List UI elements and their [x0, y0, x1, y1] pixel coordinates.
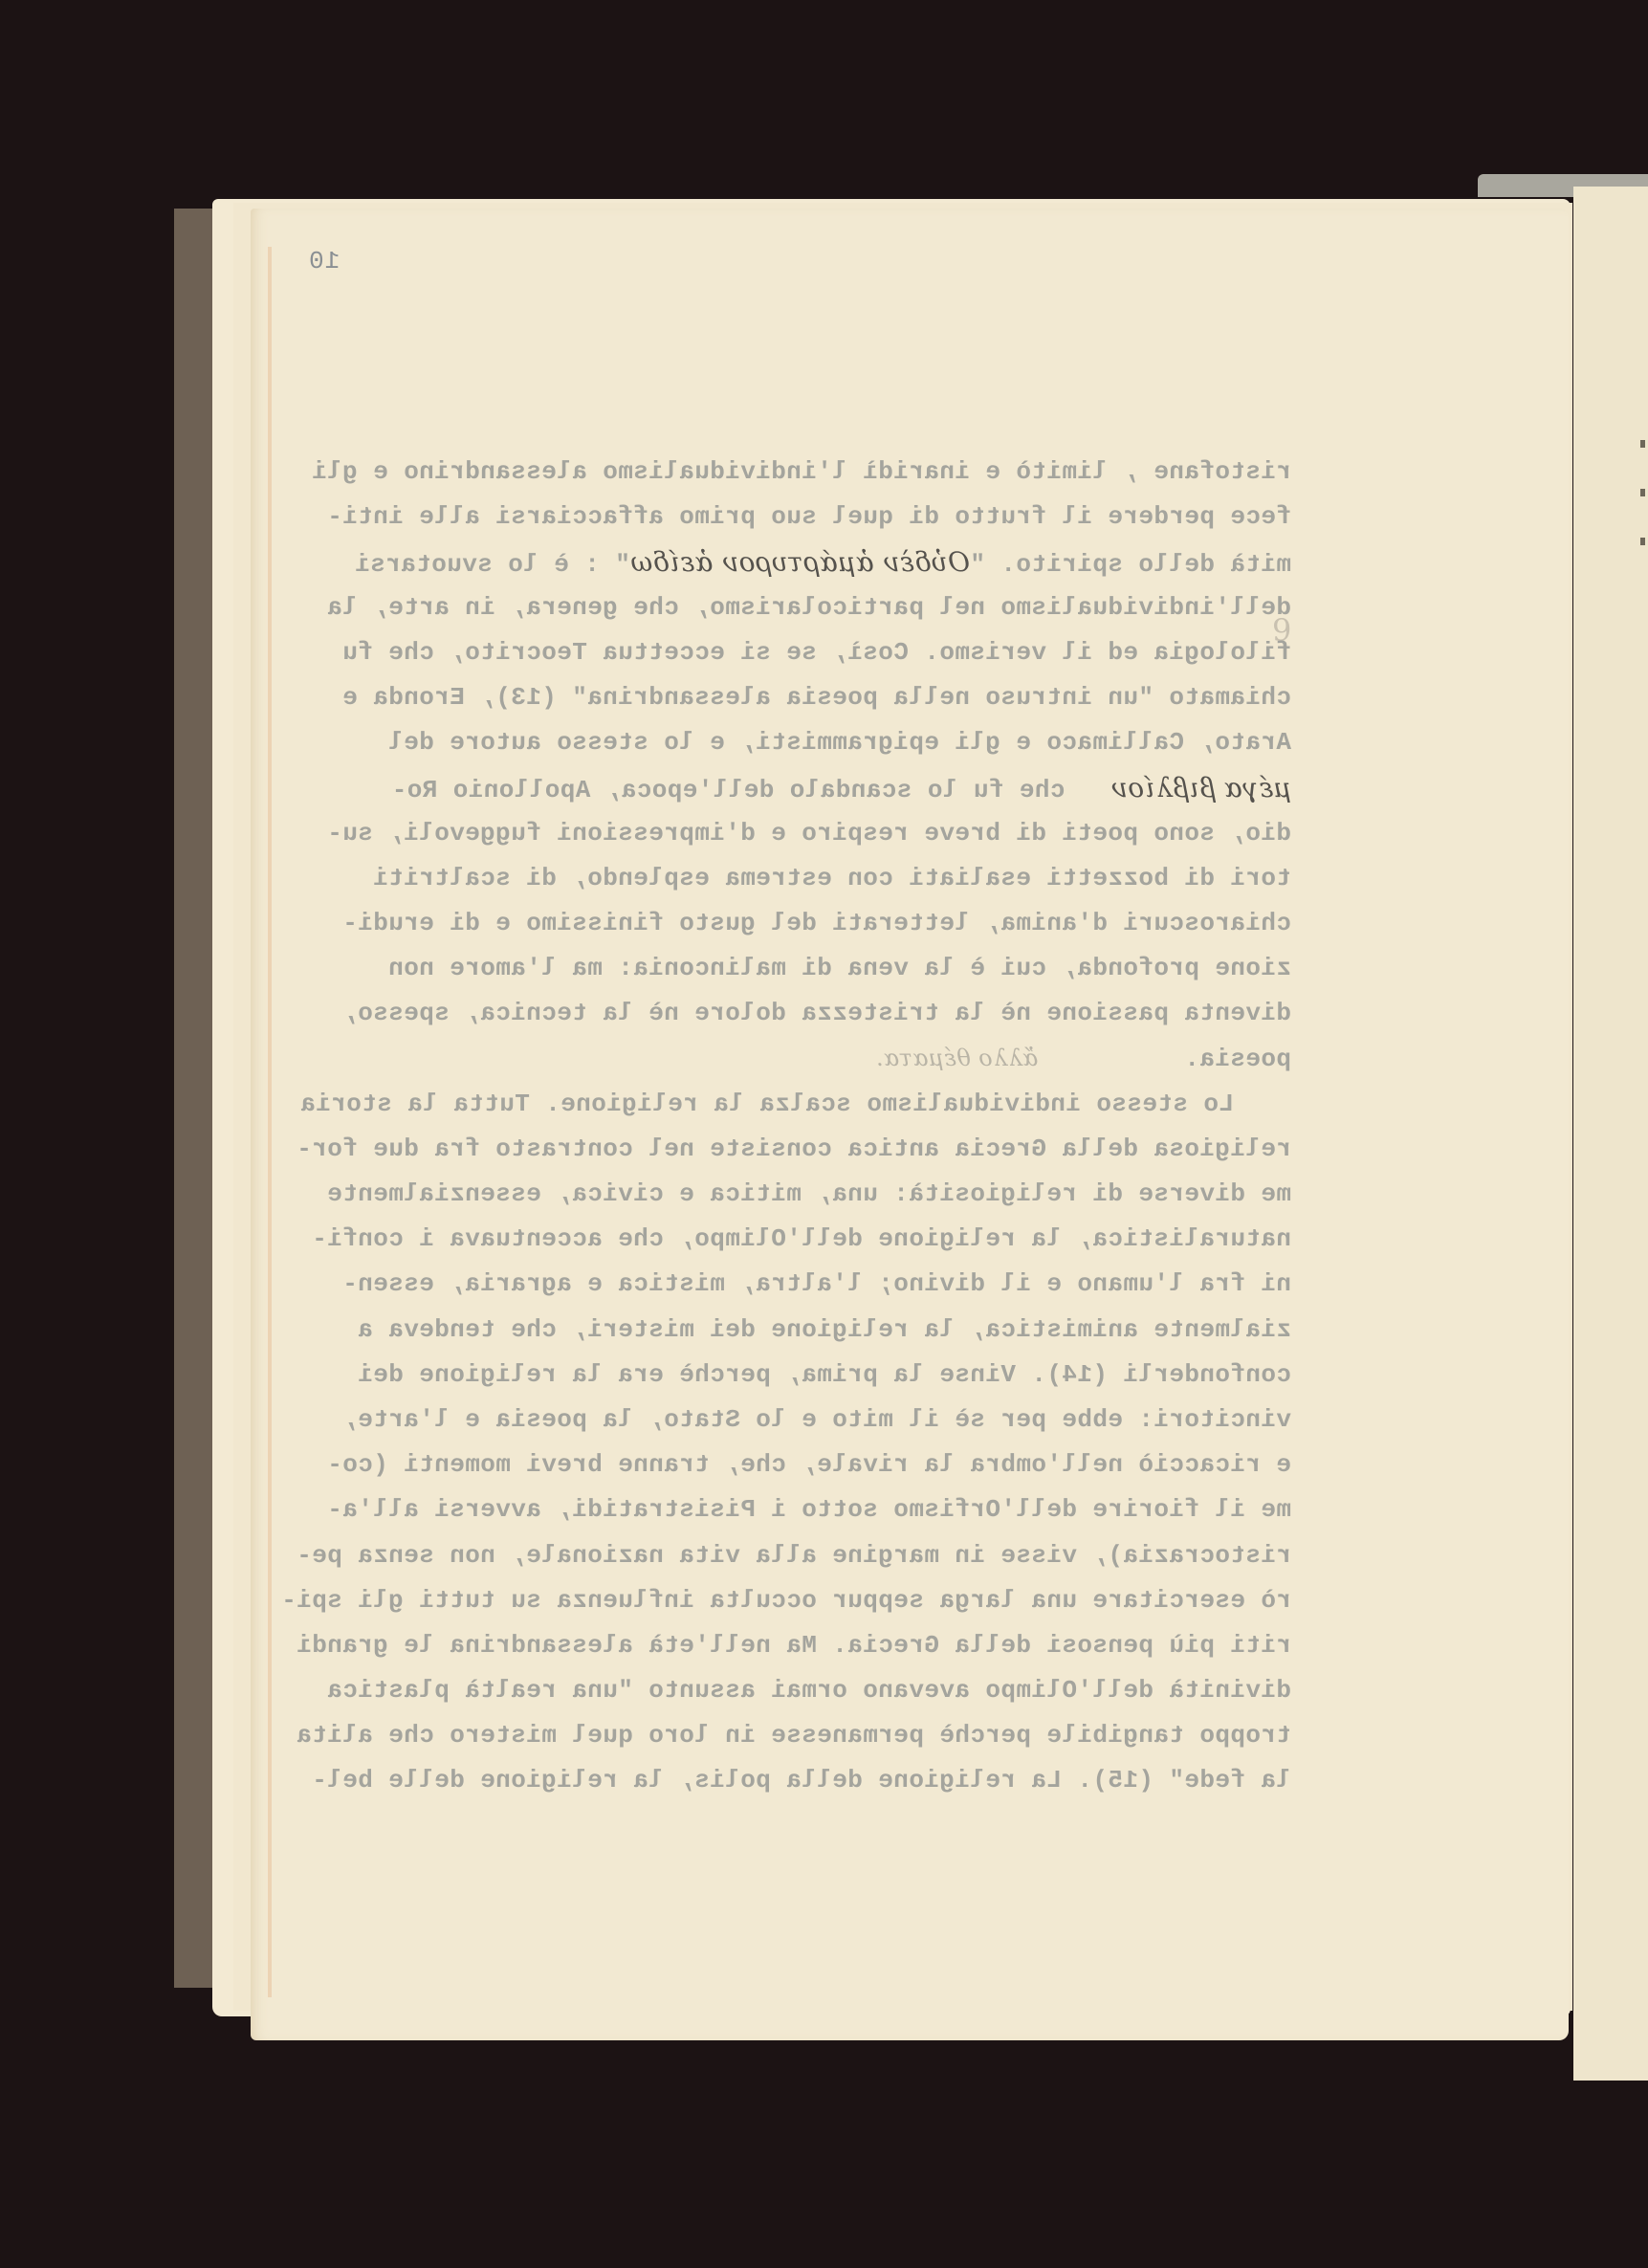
typed-text: Lo stesso individualismo scalza la relig…	[300, 1090, 1234, 1118]
typed-text: chiaroscuri d'anima, letterati del gusto…	[342, 909, 1291, 937]
typed-text: rò esercitare una larga seppur occulta i…	[281, 1586, 1291, 1615]
typed-text: diventa passione nè la tristezza dolore …	[342, 999, 1291, 1027]
text-line: poesia. ἄλλο θέματα.	[349, 1036, 1291, 1081]
typed-text: me diverse di religiosità: una, mitica e…	[327, 1179, 1291, 1208]
text-line: μέγα βιβλίον che fu lo scandalo dell'epo…	[349, 765, 1291, 810]
typed-text: naturalistica, la religione dell'Olimpo,…	[312, 1224, 1291, 1253]
text-line: ni fra l'umano e il divino; l'altra, mis…	[349, 1262, 1291, 1307]
text-line: rò esercitare una larga seppur occulta i…	[349, 1578, 1291, 1623]
typed-text: fece perdere il frutto di quel suo primo…	[327, 502, 1291, 531]
text-line: ristocrazia), visse in margine alla vita…	[349, 1533, 1291, 1578]
text-line: divinità dell'Olimpo avevano ormai assun…	[349, 1668, 1291, 1713]
handwritten-greek-text: Οὐδὲν ἀμάρτυρον ἀείδω	[630, 546, 970, 578]
typed-text: confonderli (14). Vinse la prima, perchè…	[358, 1360, 1291, 1389]
typed-text: dell'individualismo nel particolarismo, …	[327, 593, 1291, 622]
handwritten-faint-text: ἄλλο θέματα.	[876, 1045, 1184, 1071]
text-line: e ricacciò nell'ombra la rivale, che, tr…	[349, 1442, 1291, 1487]
typed-text: ristocrazia), visse in margine alla vita…	[297, 1541, 1291, 1570]
typed-text: ni fra l'umano e il divino; l'altra, mis…	[342, 1269, 1291, 1298]
text-line: chiamato "un intruso nella poesia alessa…	[349, 675, 1291, 720]
text-line: me diverse di religiosità: una, mitica e…	[349, 1172, 1291, 1217]
typed-text: zialmente animistica, la religione dei m…	[358, 1315, 1291, 1344]
text-line: zialmente animistica, la religione dei m…	[349, 1308, 1291, 1353]
typed-text: vincitori: ebbe per sè il mito e lo Stat…	[342, 1405, 1291, 1434]
text-line: fece perdere il frutto di quel suo primo…	[349, 495, 1291, 539]
typed-text: riti più pensosi della Grecia. Ma nell'e…	[297, 1631, 1291, 1660]
text-line: dell'individualismo nel particolarismo, …	[349, 585, 1291, 630]
text-line: chiaroscuri d'anima, letterati del gusto…	[349, 901, 1291, 946]
typed-text: tori di bozzetti esaliati con estrema es…	[373, 864, 1291, 892]
margin-line	[268, 247, 272, 1997]
text-line: dio, sono poeti di breve respiro e d'imp…	[349, 811, 1291, 856]
text-line: filologia ed il verismo. Così, se si ecc…	[349, 630, 1291, 675]
typed-text: troppo tangibile perchè permanesse in lo…	[297, 1721, 1291, 1750]
typed-text: " : è lo svuotarsi	[355, 550, 630, 579]
text-line: naturalistica, la religione dell'Olimpo,…	[349, 1217, 1291, 1262]
typed-text: religiosa della Grecia antica consiste n…	[297, 1134, 1291, 1163]
text-line: troppo tangibile perchè permanesse in lo…	[349, 1713, 1291, 1758]
typed-text: zione profonda, cui è la vena di malinco…	[388, 954, 1291, 982]
text-line: la fede" (15). La religione della polis,…	[349, 1758, 1291, 1803]
text-line: Arato, Callimaco e gli epigrammisti, e l…	[349, 720, 1291, 765]
typed-text: poesia.	[1184, 1045, 1291, 1073]
text-line: tori di bozzetti esaliati con estrema es…	[349, 856, 1291, 901]
text-line: Lo stesso individualismo scalza la relig…	[349, 1082, 1291, 1127]
facing-page-text-marks	[1640, 440, 1648, 545]
typed-text: la fede" (15). La religione della polis,…	[312, 1766, 1291, 1795]
text-line: riti più pensosi della Grecia. Ma nell'e…	[349, 1623, 1291, 1668]
typed-text: mità dello spirito. "	[970, 550, 1291, 579]
typed-text: filologia ed il verismo. Così, se si ecc…	[342, 638, 1291, 667]
page-number: 10	[308, 247, 340, 275]
typed-text: dio, sono poeti di breve respiro e d'imp…	[327, 819, 1291, 848]
typed-text: che fu lo scandalo dell'epoca, Apollonio…	[391, 776, 1110, 804]
handwritten-greek-text: μέγα βιβλίον	[1110, 772, 1291, 804]
text-line: confonderli (14). Vinse la prima, perchè…	[349, 1353, 1291, 1398]
typed-text: ristofane , limitò e inaridì l'individua…	[312, 457, 1291, 486]
text-line: me il fiorire dell'Orfismo sotto i Pisis…	[349, 1487, 1291, 1532]
typed-text: e ricacciò nell'ombra la rivale, che, tr…	[327, 1450, 1291, 1479]
facing-page	[1573, 187, 1648, 2081]
typed-text: chiamato "un intruso nella poesia alessa…	[342, 683, 1291, 712]
text-line: diventa passione nè la tristezza dolore …	[349, 991, 1291, 1036]
typed-text: divinità dell'Olimpo avevano ormai assun…	[327, 1676, 1291, 1705]
text-line: mità dello spirito. "Οὐδὲν ἀμάρτυρον ἀεί…	[349, 539, 1291, 584]
text-line: ristofane , limitò e inaridì l'individua…	[349, 450, 1291, 495]
text-line: religiosa della Grecia antica consiste n…	[349, 1127, 1291, 1172]
typed-text: me il fiorire dell'Orfismo sotto i Pisis…	[327, 1495, 1291, 1524]
text-line: vincitori: ebbe per sè il mito e lo Stat…	[349, 1398, 1291, 1442]
text-line: zione profonda, cui è la vena di malinco…	[349, 946, 1291, 991]
typed-text: Arato, Callimaco e gli epigrammisti, e l…	[388, 728, 1291, 757]
typewritten-text-block: ristofane , limitò e inaridì l'individua…	[349, 450, 1291, 1804]
